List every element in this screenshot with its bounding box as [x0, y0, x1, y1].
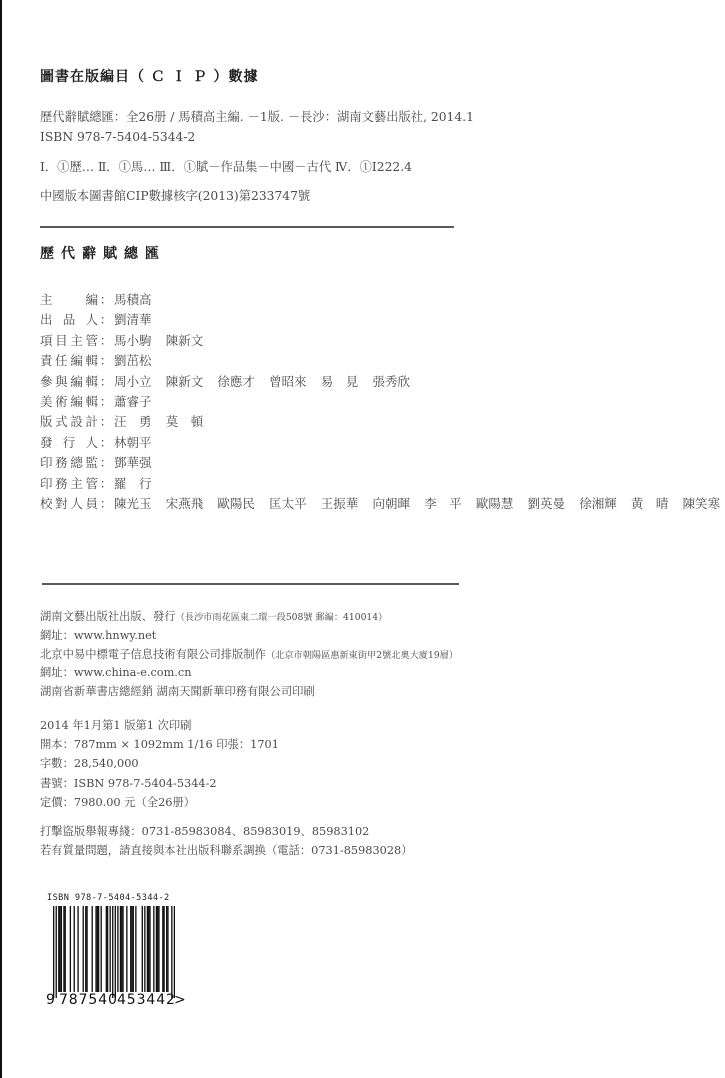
barcode-bar	[98, 906, 99, 992]
barcode-bar	[167, 906, 168, 992]
credit-name: 陳光玉	[114, 494, 166, 514]
cip-isbn-line: ISBN 978-7-5404-5344-2	[40, 130, 195, 144]
barcode-bar	[174, 906, 175, 998]
print-info: 2014 年1月第1 版第1 次印刷開本：787mm × 1092mm 1/16…	[40, 716, 279, 812]
barcode-bar	[130, 906, 131, 992]
publisher-line-main: 網址：www.hnwy.net	[40, 629, 156, 642]
credit-separator: ：	[98, 494, 114, 514]
divider-rule	[40, 226, 454, 228]
credit-separator: ：	[98, 412, 114, 432]
credit-separator: ：	[98, 372, 114, 392]
credit-separator: ：	[98, 474, 114, 494]
credit-name: 劉清華	[114, 310, 166, 330]
credit-separator: ：	[98, 351, 114, 371]
credit-separator: ：	[98, 453, 114, 473]
barcode-bar	[149, 906, 150, 992]
barcode-bar	[61, 906, 62, 992]
credit-name: 馬小駒	[114, 331, 166, 351]
barcode-bar	[63, 906, 64, 992]
cip-classification-line: Ⅰ．①歷… Ⅱ．①馬… Ⅲ．①賦－作品集－中國－古代 Ⅳ．①I222.4	[40, 160, 412, 174]
publisher-line-main: 北京中易中標電子信息技術有限公司排版制作	[40, 648, 266, 661]
credit-names: 鄧華强	[114, 453, 654, 473]
publisher-line-note: （長沙市雨花區東二環一段508號 郵編：410014）	[176, 612, 388, 623]
credit-name: 黄 晴	[631, 494, 683, 514]
credit-separator: ：	[98, 290, 114, 310]
credit-name: 王振華	[321, 494, 373, 514]
credit-label: 項目主管	[40, 331, 98, 351]
barcode-bar	[70, 906, 71, 992]
barcode-bar	[120, 906, 121, 992]
credit-name: 李 平	[424, 494, 476, 514]
publisher-line: 湖南省新華書店總經銷 湖南天聞新華印務有限公司印刷	[40, 683, 458, 702]
credit-name: 劉茁松	[114, 351, 166, 371]
credit-name: 徐湘輝	[579, 494, 631, 514]
barcode-bar	[86, 906, 87, 992]
publisher-line-main: 湖南文藝出版社出版、發行	[40, 610, 176, 623]
barcode-bar	[107, 906, 108, 992]
barcode-bar	[117, 906, 118, 992]
credit-label: 參與編輯	[40, 372, 98, 392]
credit-separator: ：	[98, 331, 114, 351]
credit-label: 印務總監	[40, 453, 98, 473]
publisher-line-main: 湖南省新華書店總經銷 湖南天聞新華印務有限公司印刷	[40, 685, 315, 698]
barcode-bar	[97, 906, 98, 992]
credit-row: 印務總監：鄧華强	[40, 453, 654, 473]
barcode-bar	[58, 906, 59, 992]
credit-name: 馬積高	[114, 290, 166, 310]
credit-row: 印務主管：羅 行	[40, 474, 654, 494]
credit-names: 馬積高	[114, 290, 654, 310]
credit-label: 發行人	[40, 433, 98, 453]
barcode-bar	[115, 906, 116, 998]
barcode-bar	[147, 906, 148, 992]
credit-name: 蕭睿子	[114, 392, 166, 412]
publisher-line-main: 網址：www.china-e.com.cn	[40, 666, 192, 679]
barcode-bar	[95, 906, 96, 992]
credit-names: 林朝平	[114, 433, 654, 453]
publisher-line: 北京中易中標電子信息技術有限公司排版制作（北京市朝陽區惠新東街甲2號北奧大廈19…	[40, 646, 458, 665]
credit-names: 周小立陳新文徐應才曾昭來易 見張秀欣	[114, 372, 654, 392]
credit-name: 匡太平	[269, 494, 321, 514]
publisher-info: 湖南文藝出版社出版、發行（長沙市雨花區東二環一段508號 郵編：410014）網…	[40, 608, 458, 702]
barcode-bar	[101, 906, 102, 992]
credit-name: 劉英曼	[528, 494, 580, 514]
isbn-barcode	[53, 906, 175, 998]
credit-name: 羅 行	[114, 474, 166, 494]
publisher-line: 網址：www.china-e.com.cn	[40, 664, 458, 683]
copyright-page: 圖書在版編目（ Ｃ Ｉ Ｐ ）數據 歷代辭賦總匯：全26册 / 馬積高主編. －…	[0, 0, 725, 1078]
credit-name: 林朝平	[114, 433, 166, 453]
contact-line: 打擊盜版舉報專綫：0731-85983084、85983019、85983102	[40, 823, 413, 842]
credit-row: 發行人：林朝平	[40, 433, 654, 453]
print-info-line: 定價：7980.00 元（全26册）	[40, 793, 279, 812]
credit-label: 印務主管	[40, 474, 98, 494]
barcode-bar	[162, 906, 163, 992]
barcode-bar	[74, 906, 75, 992]
credit-name: 徐應才	[217, 372, 269, 392]
credit-name: 鄧華强	[114, 453, 166, 473]
barcode-bar	[92, 906, 93, 992]
credit-row: 主編：馬積高	[40, 290, 654, 310]
barcode-bar	[156, 906, 157, 992]
credit-row: 校對人員：陳光玉宋燕飛歐陽民匡太平王振華向朝暉李 平歐陽慧劉英曼徐湘輝黄 晴陳笑…	[40, 494, 654, 514]
credit-separator: ：	[98, 392, 114, 412]
barcode-bar	[126, 906, 127, 992]
barcode-bar	[135, 906, 136, 992]
barcode-bar	[56, 906, 57, 998]
credit-names: 汪 勇莫 頓	[114, 412, 654, 432]
credit-name: 陳笑寒	[683, 494, 725, 514]
credit-names: 蕭睿子	[114, 392, 654, 412]
barcode-bar	[163, 906, 164, 992]
credit-name: 歐陽慧	[476, 494, 528, 514]
credit-name: 周小立	[114, 372, 166, 392]
publisher-line-note: （北京市朝陽區惠新東街甲2號北奧大廈19層）	[266, 650, 458, 661]
credit-names: 劉清華	[114, 310, 654, 330]
credit-name: 陳新文	[166, 331, 218, 351]
cip-bibliographic-line: 歷代辭賦總匯：全26册 / 馬積高主編. －1版. －長沙：湖南文藝出版社, 2…	[40, 110, 474, 124]
barcode-bar	[85, 906, 86, 992]
credit-name: 宋燕飛	[166, 494, 218, 514]
credit-label: 版式設計	[40, 412, 98, 432]
barcode-bar	[157, 906, 158, 992]
barcode-bar	[148, 906, 149, 992]
credit-row: 出品人：劉清華	[40, 310, 654, 330]
credit-label: 出品人	[40, 310, 98, 330]
credit-names: 劉茁松	[114, 351, 654, 371]
credit-names: 陳光玉宋燕飛歐陽民匡太平王振華向朝暉李 平歐陽慧劉英曼徐湘輝黄 晴陳笑寒蔣賢春黄…	[114, 494, 654, 514]
barcode-bar	[65, 906, 66, 992]
divider-rule	[42, 583, 459, 585]
credit-names: 馬小駒陳新文	[114, 331, 654, 351]
credit-name: 向朝暉	[372, 494, 424, 514]
print-info-line: 字數：28,540,000	[40, 754, 279, 773]
book-title: 歷代辭賦總匯	[40, 243, 166, 263]
credit-row: 版式設計：汪 勇莫 頓	[40, 412, 654, 432]
barcode-first-digit: 9	[46, 992, 56, 1008]
credit-name: 莫 頓	[166, 412, 218, 432]
barcode-bar	[121, 906, 122, 992]
credit-row: 項目主管：馬小駒陳新文	[40, 331, 654, 351]
barcode-bar	[144, 906, 145, 992]
barcode-bar	[106, 906, 107, 992]
credit-name: 汪 勇	[114, 412, 166, 432]
publisher-line: 湖南文藝出版社出版、發行（長沙市雨花區東二環一段508號 郵編：410014）	[40, 608, 458, 627]
credit-label: 責任編輯	[40, 351, 98, 371]
credit-label: 校對人員	[40, 494, 98, 514]
publisher-line: 網址：www.hnwy.net	[40, 627, 458, 646]
credit-label: 美術編輯	[40, 392, 98, 412]
credit-name: 易 見	[321, 372, 373, 392]
barcode-bar	[112, 906, 113, 998]
barcode-bar	[77, 906, 78, 992]
print-info-line: 開本：787mm × 1092mm 1/16 印張：1701	[40, 735, 279, 754]
barcode-bar	[83, 906, 84, 992]
credit-row: 責任編輯：劉茁松	[40, 351, 654, 371]
barcode-bar	[110, 906, 111, 992]
credit-row: 美術編輯：蕭睿子	[40, 392, 654, 412]
barcode-bar	[131, 906, 132, 992]
cip-record-number: 中國版本圖書館CIP數據核字(2013)第233747號	[40, 189, 310, 203]
barcode-left-digits: 787540	[59, 992, 118, 1008]
credit-name: 曾昭來	[269, 372, 321, 392]
barcode-bar	[59, 906, 60, 992]
credit-name: 歐陽民	[217, 494, 269, 514]
credit-name: 陳新文	[166, 372, 218, 392]
credit-row: 參與編輯：周小立陳新文徐應才曾昭來易 見張秀欣	[40, 372, 654, 392]
credit-separator: ：	[98, 310, 114, 330]
barcode-isbn-label: ISBN 978-7-5404-5344-2	[47, 893, 170, 903]
cip-heading: 圖書在版編目（ Ｃ Ｉ Ｐ ）數據	[40, 66, 259, 86]
barcode-bar	[158, 906, 159, 992]
credits-list: 主編：馬積高出品人：劉清華項目主管：馬小駒陳新文責任編輯：劉茁松參與編輯：周小立…	[40, 290, 654, 514]
print-info-line: 書號：ISBN 978-7-5404-5344-2	[40, 774, 279, 793]
barcode-bar	[122, 906, 123, 992]
print-info-line: 2014 年1月第1 版第1 次印刷	[40, 716, 279, 735]
contact-line: 若有質量問題，請直接與本社出版科聯系調换（電話：0731-85983028）	[40, 842, 413, 861]
credit-names: 羅 行	[114, 474, 654, 494]
barcode-bar	[53, 906, 54, 998]
barcode-bar	[166, 906, 167, 992]
barcode-bar	[133, 906, 134, 992]
credit-label: 主編	[40, 290, 98, 310]
barcode-bar	[142, 906, 143, 992]
barcode-bar	[171, 906, 172, 998]
credit-name: 張秀欣	[372, 372, 424, 392]
barcode-bar	[153, 906, 154, 992]
credit-separator: ：	[98, 433, 114, 453]
barcode-right-digits: 453442	[117, 992, 176, 1008]
contact-info: 打擊盜版舉報專綫：0731-85983084、85983019、85983102…	[40, 823, 413, 861]
barcode-quiet-mark: >	[174, 992, 187, 1008]
